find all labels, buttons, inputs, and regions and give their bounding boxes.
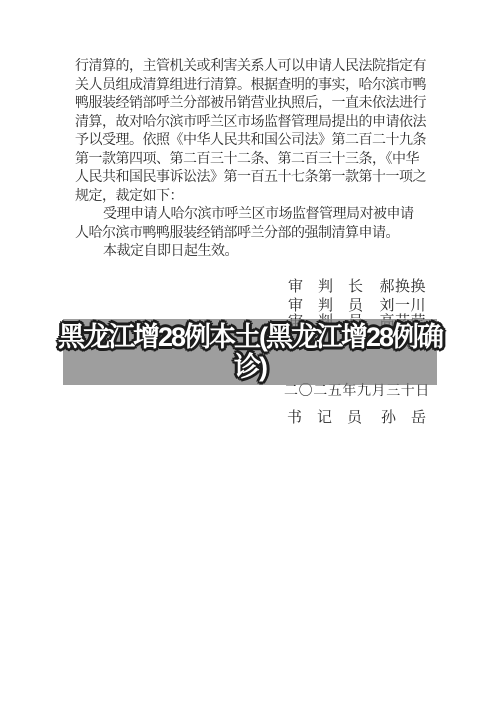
ruling-body-text: 行清算的，主管机关或利害关系人可以申请人民法院指定有 关人员组成清算组进行清算。… [75,58,431,262]
ruling-date: 二〇二五年九月三十日 [284,383,430,400]
body-line: 行清算的，主管机关或利害关系人可以申请人民法院指定有 [75,58,431,77]
judge-name: 郝换换 [379,279,426,295]
headline-overlay-band: 黑龙江增28例本土(黑龙江增28例确 诊) [63,319,437,385]
body-line: 关人员组成清算组进行清算。根据查明的事实，哈尔滨市鸭 [75,77,431,96]
ruling-order-line: 人哈尔滨市鸭鸭服装经销部呼兰分部的强制清算申请。 [75,225,431,244]
effective-date-line: 本裁定自即日起生效。 [75,243,431,262]
signature-row-judge: 审 判 员 刘一川 [288,298,426,314]
judge-name: 刘一川 [379,298,426,314]
body-line: 鸭服装经销部呼兰分部被吊销营业执照后，一直未依法进行 [75,95,431,114]
headline-title-line2: 诊) [234,352,266,382]
judge-role-label: 审 判 长 [288,279,363,295]
court-ruling-page: 行清算的，主管机关或利害关系人可以申请人民法院指定有 关人员组成清算组进行清算。… [0,0,500,706]
signature-row-presiding-judge: 审 判 长 郝换换 [288,279,426,295]
ruling-order-line: 受理申请人哈尔滨市呼兰区市场监督管理局对被申请 [75,206,431,225]
signature-row-clerk: 书 记 员 孙 岳 [287,410,426,427]
body-line: 予以受理。依照《中华人民共和国公司法》第二百二十九条 [75,132,431,151]
headline-title-line1: 黑龙江增28例本土(黑龙江增28例确 [58,322,442,352]
body-line: 人民共和国民事诉讼法》第一百五十七条第一款第十一项之 [75,169,431,188]
clerk-name: 孙 岳 [381,410,426,427]
body-line: 规定，裁定如下： [75,188,431,207]
judge-role-label: 审 判 员 [288,298,363,314]
clerk-role-label: 书 记 员 [287,410,362,427]
body-line: 清算，故对哈尔滨市呼兰区市场监督管理局提出的申请依法 [75,114,431,133]
body-line: 第一款第四项、第二百三十二条、第二百三十三条，《中华 [75,151,431,170]
